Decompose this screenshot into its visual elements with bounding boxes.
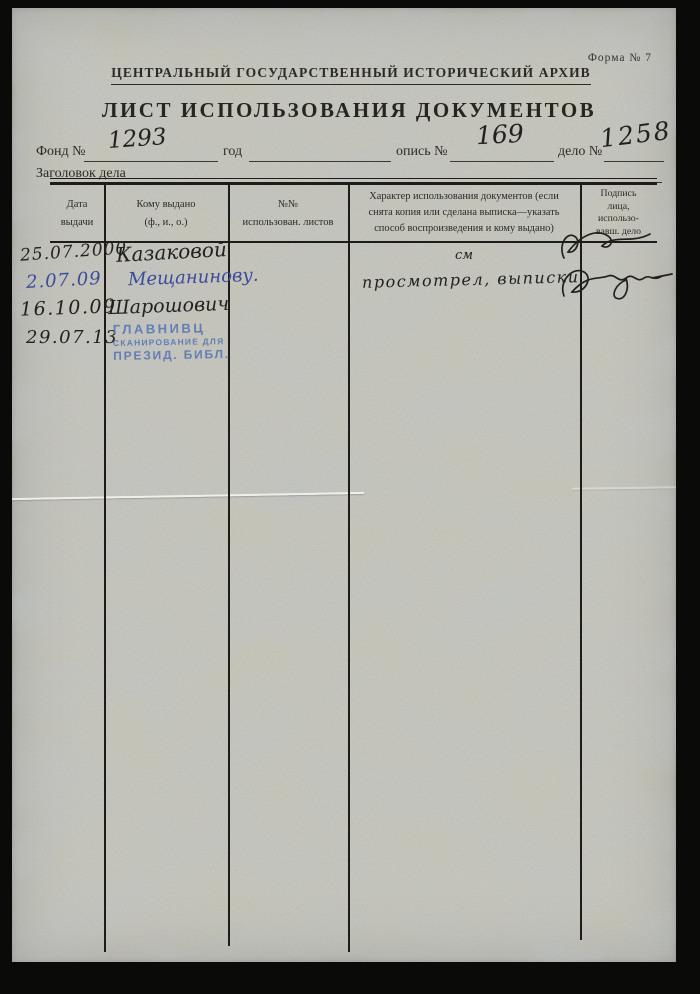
signatures-graphic <box>556 226 676 330</box>
fold-crease-left <box>12 492 364 500</box>
delo-label: дело № <box>558 144 602 160</box>
column-header-issued-to: Кому выдано (ф., и., о.) <box>104 185 228 241</box>
usage-note-sm: см <box>455 248 473 263</box>
column-header-usage-nature: Характер использования документов (если … <box>350 185 578 241</box>
fond-rule <box>84 161 218 162</box>
archive-name: ЦЕНТРАЛЬНЫЙ ГОСУДАРСТВЕННЫЙ ИСТОРИЧЕСКИЙ… <box>111 65 591 85</box>
row1-issued-to: Казаковой <box>115 237 227 267</box>
fold-crease-right <box>572 486 676 489</box>
archive-name-line: ЦЕНТРАЛЬНЫЙ ГОСУДАРСТВЕННЫЙ ИСТОРИЧЕСКИЙ… <box>12 64 676 85</box>
page-title: ЛИСТ ИСПОЛЬЗОВАНИЯ ДОКУМЕНТОВ <box>22 98 676 123</box>
column-header-date: Дата выдачи <box>50 185 104 241</box>
opis-rule <box>450 161 554 162</box>
year-label: год <box>223 144 242 160</box>
scanned-archive-form: { "page": { "form_number": "Форма № 7" }… <box>0 0 700 994</box>
column-header-sheets: №№ использован. листов <box>228 185 348 241</box>
signature-bottom <box>563 271 672 299</box>
usage-note-viewed: просмотрел, выписки <box>362 267 580 292</box>
delo-rule <box>604 161 664 162</box>
fond-label: Фонд № <box>36 144 86 160</box>
paper-sheet: Форма № 7 ЦЕНТРАЛЬНЫЙ ГОСУДАРСТВЕННЫЙ ИС… <box>12 8 676 962</box>
opis-value-handwritten: 169 <box>475 119 524 150</box>
fond-value-handwritten: 1293 <box>107 124 167 154</box>
form-number: Форма № 7 <box>588 52 652 64</box>
case-title-label: Заголовок дела <box>36 166 126 182</box>
signature-top <box>562 233 650 258</box>
scanning-stamp: ГЛАВНИВЦ СКАНИРОВАНИЕ ДЛЯ ПРЕЗИД. БИБЛ. <box>113 320 230 364</box>
row3-date: 16.10.09 <box>20 295 117 320</box>
opis-label: опись № <box>396 144 447 160</box>
table-column-line-3 <box>348 183 350 952</box>
row2-date: 2.07.09 <box>26 268 103 293</box>
row4-date: 29.07.13 <box>26 327 118 348</box>
row1-date: 25.07.2000 <box>19 238 127 265</box>
row2-issued-to: Мещанинову. <box>128 265 259 291</box>
table-top-thin-line <box>50 178 657 179</box>
year-rule <box>249 161 391 162</box>
row3-issued-to: Шарошович <box>108 293 230 319</box>
